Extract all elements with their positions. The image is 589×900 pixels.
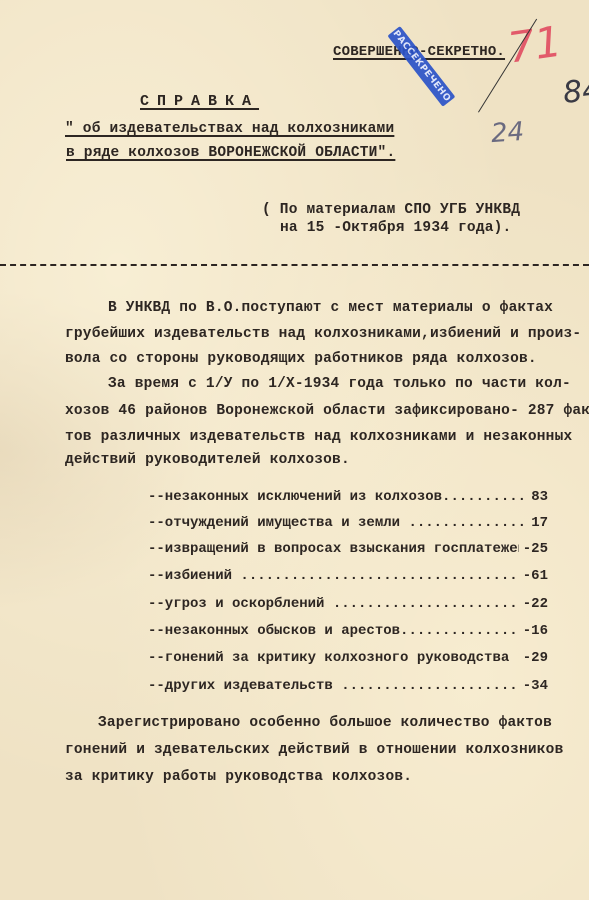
- list-item: --других издевательств .................…: [148, 678, 548, 694]
- list-item-value: -61: [519, 568, 548, 584]
- list-item-label: --отчуждений имущества и земли .........…: [148, 515, 527, 531]
- list-item: --извращений в вопросах взыскания госпла…: [148, 541, 548, 557]
- paragraph-line: за критику работы руководства колхозов.: [65, 769, 412, 785]
- list-item-value: -22: [519, 596, 548, 612]
- paragraph-line: В УНКВД по В.О.поступают с мест материал…: [108, 300, 553, 316]
- list-item: --незаконных исключений из колхозов.....…: [148, 489, 548, 505]
- document-title: СПРАВКА: [140, 93, 259, 110]
- paragraph-line: действий руководителей колхозов.: [65, 452, 350, 468]
- handwritten-number-84: 84: [561, 72, 589, 111]
- list-item-label: --гонений за критику колхозного руководс…: [148, 650, 519, 666]
- list-item-value: 83: [527, 489, 548, 505]
- paragraph-line: За время с 1/У по 1/Х-1934 года только п…: [108, 376, 571, 392]
- list-item: --угроз и оскорблений ..................…: [148, 596, 548, 612]
- list-item-label: --извращений в вопросах взыскания госпла…: [148, 541, 519, 557]
- list-item: --незаконных обысков и арестов..........…: [148, 623, 548, 639]
- handwritten-red-number: 71: [505, 17, 565, 73]
- list-item-label: --незаконных обысков и арестов..........…: [148, 623, 519, 639]
- list-item-value: 17: [527, 515, 548, 531]
- list-item-label: --незаконных исключений из колхозов.....…: [148, 489, 527, 505]
- subtitle-line-1: " об издевательствах над колхозниками: [65, 121, 394, 137]
- section-divider: [0, 264, 589, 266]
- source-line-1: ( По материалам СПО УГБ УНКВД: [262, 202, 520, 218]
- source-line-2: на 15 -Октября 1934 года).: [280, 220, 511, 236]
- paragraph-line: грубейших издевательств над колхозниками…: [65, 326, 581, 342]
- paragraph-line: хозов 46 районов Воронежской области заф…: [65, 403, 589, 419]
- list-item-label: --избиений .............................…: [148, 568, 519, 584]
- paragraph-line: Зарегистрировано особенно большое количе…: [98, 715, 552, 731]
- list-item-label: --угроз и оскорблений ..................…: [148, 596, 519, 612]
- declassified-stamp: РАССЕКРЕЧЕНО: [387, 26, 455, 107]
- paragraph-line: тов различных издевательств над колхозни…: [65, 429, 572, 445]
- list-item-value: -25: [519, 541, 548, 557]
- subtitle-line-2: в ряде колхозов ВОРОНЕЖСКОЙ ОБЛАСТИ".: [66, 145, 395, 161]
- list-item: --отчуждений имущества и земли .........…: [148, 515, 548, 531]
- paragraph-line: гонений и здевательских действий в отнош…: [65, 742, 563, 758]
- list-item: --избиений .............................…: [148, 568, 548, 584]
- handwritten-number-24: 24: [490, 117, 525, 149]
- list-item-value: -29: [519, 650, 548, 666]
- list-item-label: --других издевательств .................…: [148, 678, 519, 694]
- list-item: --гонений за критику колхозного руководс…: [148, 650, 548, 666]
- list-item-value: -16: [519, 623, 548, 639]
- list-item-value: -34: [519, 678, 548, 694]
- paragraph-line: вола со стороны руководящих работников р…: [65, 351, 537, 367]
